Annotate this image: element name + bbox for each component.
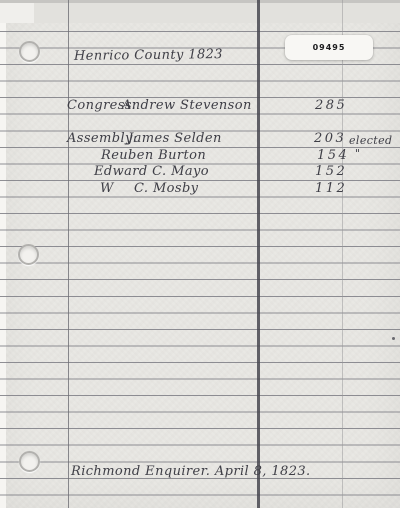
center-divider-line [257,0,260,508]
candidate-name: C. Mosby [134,181,198,196]
source-citation: Richmond Enquirer. April 8, 1823. [71,464,311,479]
candidate-name: Reuben Burton [101,148,206,163]
punch-hole-middle [18,244,39,265]
punch-hole-top [19,41,40,62]
vote-count: 152 [315,164,347,179]
scan-top-corner [0,3,34,23]
candidate-name: Edward C. Mayo [94,164,209,179]
scan-top-band [0,3,400,23]
left-margin-line [68,0,69,508]
punch-hole-bottom [19,451,40,472]
catalog-number: 09495 [313,43,346,52]
candidate-name: James Selden [128,131,222,146]
ink-speck [392,337,395,340]
vote-note: elected [349,134,392,147]
candidate-initial: W [100,181,114,196]
congress-vote-count: 285 [315,98,347,113]
congress-candidate-name: Andrew Stevenson [122,98,252,113]
scanned-notebook-page: 09495 Henrico County 1823 Congress: Andr… [0,0,400,508]
vote-count: 203 [314,131,346,146]
catalog-sticker: 09495 [285,35,373,60]
page-title: Henrico County 1823 [74,47,223,64]
vote-count: 112 [315,181,347,196]
assembly-label: Assembly: [67,131,138,146]
ditto-mark: " [355,147,360,160]
vote-count: 154 [317,148,349,163]
right-column-line [342,0,343,508]
